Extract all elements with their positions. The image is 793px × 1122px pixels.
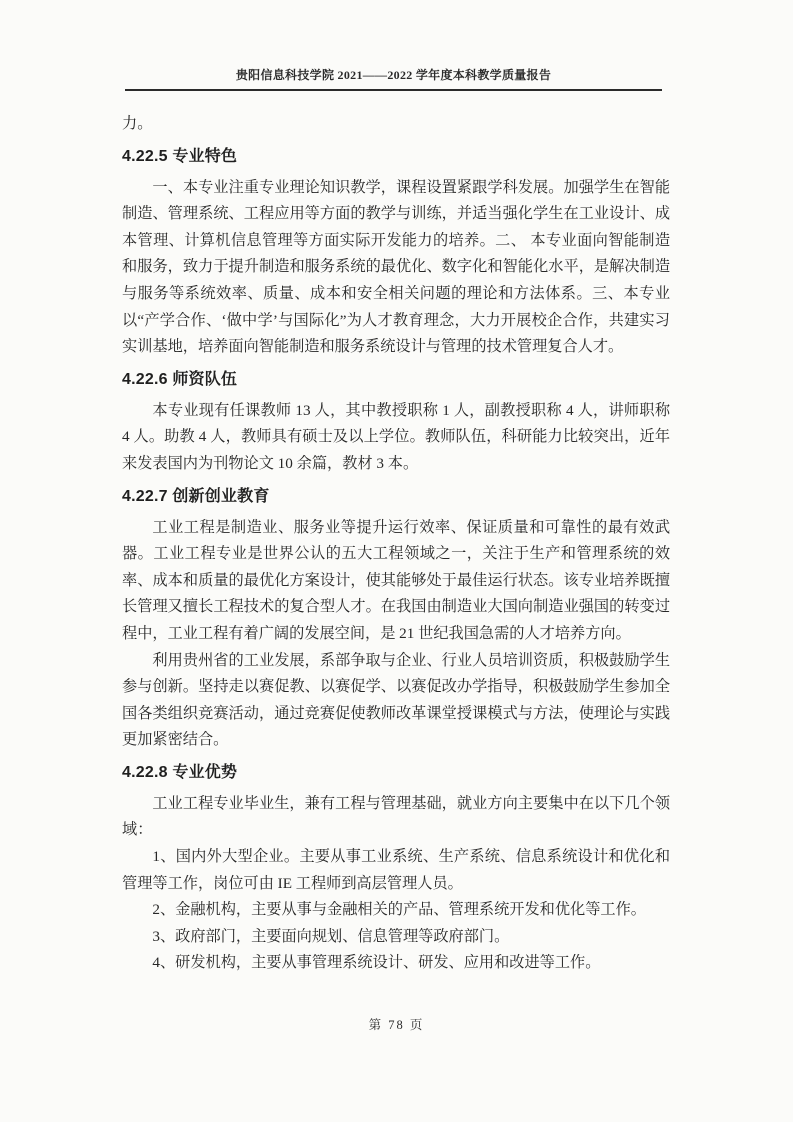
page-footer: 第 78 页 xyxy=(0,1016,793,1034)
list-item: 2、金融机构，主要从事与金融相关的产品、管理系统开发和优化等工作。 xyxy=(122,897,670,924)
section-heading-4-22-7: 4.22.7 创新创业教育 xyxy=(122,485,670,509)
paragraph: 一、本专业注重专业理论知识教学，课程设置紧跟学科发展。加强学生在智能制造、管理系… xyxy=(122,175,670,361)
page-header: 贵阳信息科技学院 2021——2022 学年度本科教学质量报告 xyxy=(125,67,662,91)
document-page: 贵阳信息科技学院 2021——2022 学年度本科教学质量报告 力。 4.22.… xyxy=(0,0,793,1122)
list-item: 4、研发机构，主要从事管理系统设计、研发、应用和改进等工作。 xyxy=(122,950,670,977)
header-title: 贵阳信息科技学院 2021——2022 学年度本科教学质量报告 xyxy=(236,68,551,82)
section-heading-4-22-6: 4.22.6 师资队伍 xyxy=(122,368,670,392)
paragraph: 工业工程专业毕业生，兼有工程与管理基础，就业方向主要集中在以下几个领域： xyxy=(122,791,670,844)
page-body: 力。 4.22.5 专业特色 一、本专业注重专业理论知识教学，课程设置紧跟学科发… xyxy=(122,111,670,977)
paragraph: 本专业现有任课教师 13 人，其中教授职称 1 人，副教授职称 4 人，讲师职称… xyxy=(122,398,670,478)
page-number: 第 78 页 xyxy=(369,1018,425,1032)
list-item: 3、政府部门，主要面向规划、信息管理等政府部门。 xyxy=(122,924,670,951)
list-item: 1、国内外大型企业。主要从事工业系统、生产系统、信息系统设计和优化和管理等工作，… xyxy=(122,844,670,897)
paragraph: 工业工程是制造业、服务业等提升运行效率、保证质量和可靠性的最有效武器。工业工程专… xyxy=(122,515,670,648)
section-heading-4-22-8: 4.22.8 专业优势 xyxy=(122,761,670,785)
paragraph: 利用贵州省的工业发展，系部争取与企业、行业人员培训资质，积极鼓励学生参与创新。坚… xyxy=(122,648,670,754)
section-heading-4-22-5: 4.22.5 专业特色 xyxy=(122,145,670,169)
paragraph-continuation: 力。 xyxy=(122,111,670,138)
